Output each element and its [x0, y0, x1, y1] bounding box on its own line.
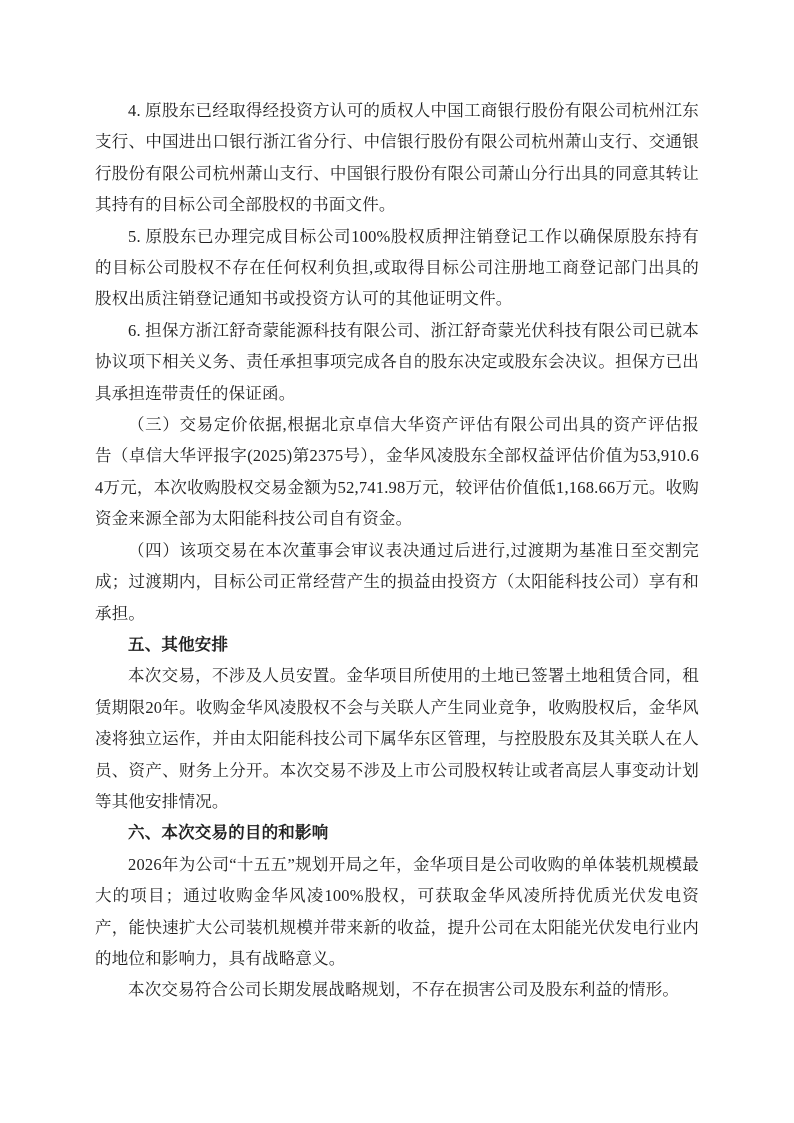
strategy-statement-paragraph: 本次交易符合公司长期发展战略规划，不存在损害公司及股东利益的情形。 [95, 974, 699, 1005]
clause-6-paragraph: 6. 担保方浙江舒奇蒙能源科技有限公司、浙江舒奇蒙光伏科技有限公司已就本协议项下… [95, 315, 699, 409]
transition-period-paragraph: （四）该项交易在本次董事会审议表决通过后进行,过渡期为基准日至交割完成；过渡期内… [95, 535, 699, 629]
section-5-heading: 五、其他安排 [95, 629, 699, 660]
section-6-heading: 六、本次交易的目的和影响 [95, 817, 699, 848]
clause-5-paragraph: 5. 原股东已办理完成目标公司100%股权质押注销登记工作以确保原股东持有的目标… [95, 221, 699, 315]
other-arrangements-paragraph: 本次交易，不涉及人员安置。金华项目所使用的土地已签署土地租赁合同，租赁期限20年… [95, 660, 699, 817]
pricing-basis-paragraph: （三）交易定价依据,根据北京卓信大华资产评估有限公司出具的资产评估报告（卓信大华… [95, 409, 699, 535]
document-page: 4. 原股东已经取得经投资方认可的质权人中国工商银行股份有限公司杭州江东支行、中… [0, 0, 794, 1123]
purpose-impact-paragraph: 2026年为公司“十五五”规划开局之年，金华项目是公司收购的单体装机规模最大的项… [95, 849, 699, 975]
clause-4-paragraph: 4. 原股东已经取得经投资方认可的质权人中国工商银行股份有限公司杭州江东支行、中… [95, 95, 699, 221]
